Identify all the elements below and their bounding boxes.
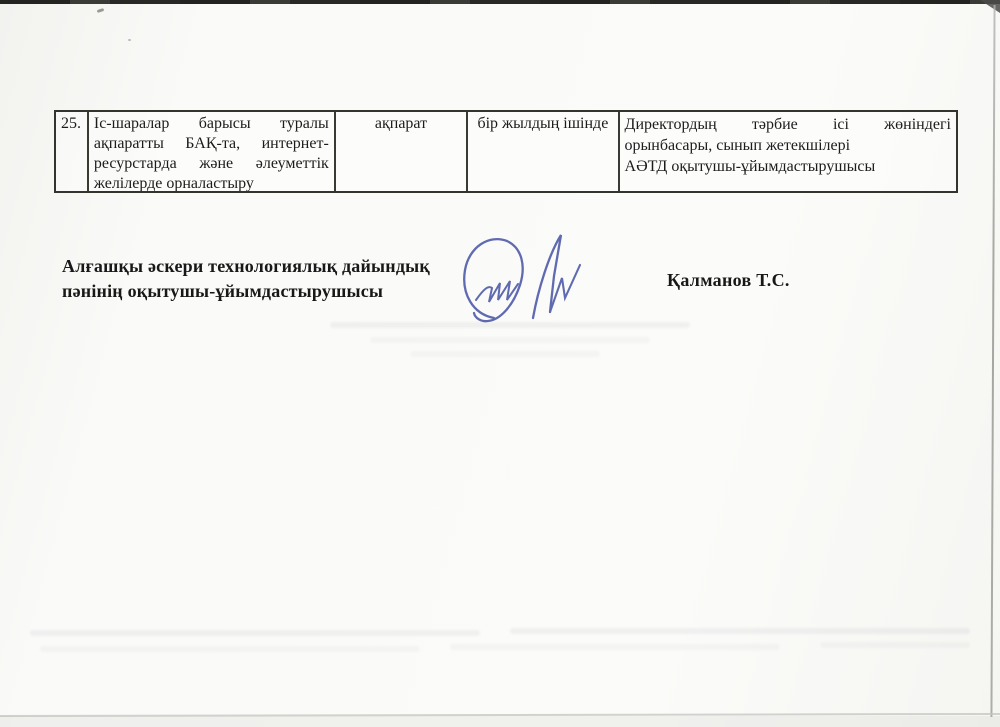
scanner-edge-top	[0, 0, 1000, 4]
bleedthrough-text	[450, 644, 780, 650]
plan-table: 25. Іс-шаралар барысы туралы ақпаратты Б…	[54, 110, 958, 193]
bleedthrough-text	[330, 322, 690, 328]
bleedthrough-text	[40, 646, 420, 652]
bleedthrough-text	[30, 630, 480, 636]
scan-speck	[97, 8, 105, 13]
row-number: 25.	[61, 115, 81, 132]
responsible-cell: Директордың тәрбие ісі жөніндегі орынбас…	[618, 112, 956, 191]
signer-name: Қалманов Т.С.	[667, 270, 790, 291]
form-value: ақпарат	[375, 115, 427, 132]
bleedthrough-text	[410, 351, 600, 357]
activity-line: Іс-шаралар барысы туралы	[94, 114, 329, 134]
paper-edge-line	[990, 5, 995, 717]
paper-corner-shadow	[980, 0, 1000, 13]
responsible-line: Директордың тәрбие ісі жөніндегі	[625, 114, 951, 135]
form-cell: ақпарат	[334, 112, 466, 191]
responsible-line: орынбасары, сынып жетекшілері	[625, 135, 951, 156]
scan-speck	[128, 39, 131, 41]
term-cell: бір жылдың ішінде	[466, 112, 617, 191]
row-number-cell: 25.	[56, 112, 87, 191]
activity-line: ресурстарда және әлеуметтік	[94, 154, 329, 174]
bleedthrough-text	[370, 337, 650, 343]
signer-title: Алғашқы әскери технологиялық дайындық пә…	[62, 254, 452, 304]
responsible-line: АӘТД оқытушы-ұйымдастырушысы	[625, 156, 951, 177]
activity-cell: Іс-шаралар барысы туралы ақпаратты БАҚ-т…	[87, 112, 334, 191]
handwritten-signature-icon	[453, 232, 593, 334]
signer-title-line: Алғашқы әскери технологиялық дайындық	[62, 254, 452, 279]
scanner-edge-bottom-shade	[0, 716, 1000, 727]
bleedthrough-text	[820, 642, 970, 648]
signer-title-line: пәнінің оқытушы-ұйымдастырушысы	[62, 279, 452, 304]
bleedthrough-text	[510, 628, 970, 634]
activity-line: желілерде орналастыру	[94, 174, 329, 191]
activity-line: ақпаратты БАҚ-та, интернет-	[94, 134, 329, 154]
term-value: бір жылдың ішінде	[477, 115, 608, 132]
scanned-document-page: 25. Іс-шаралар барысы туралы ақпаратты Б…	[0, 0, 1000, 727]
